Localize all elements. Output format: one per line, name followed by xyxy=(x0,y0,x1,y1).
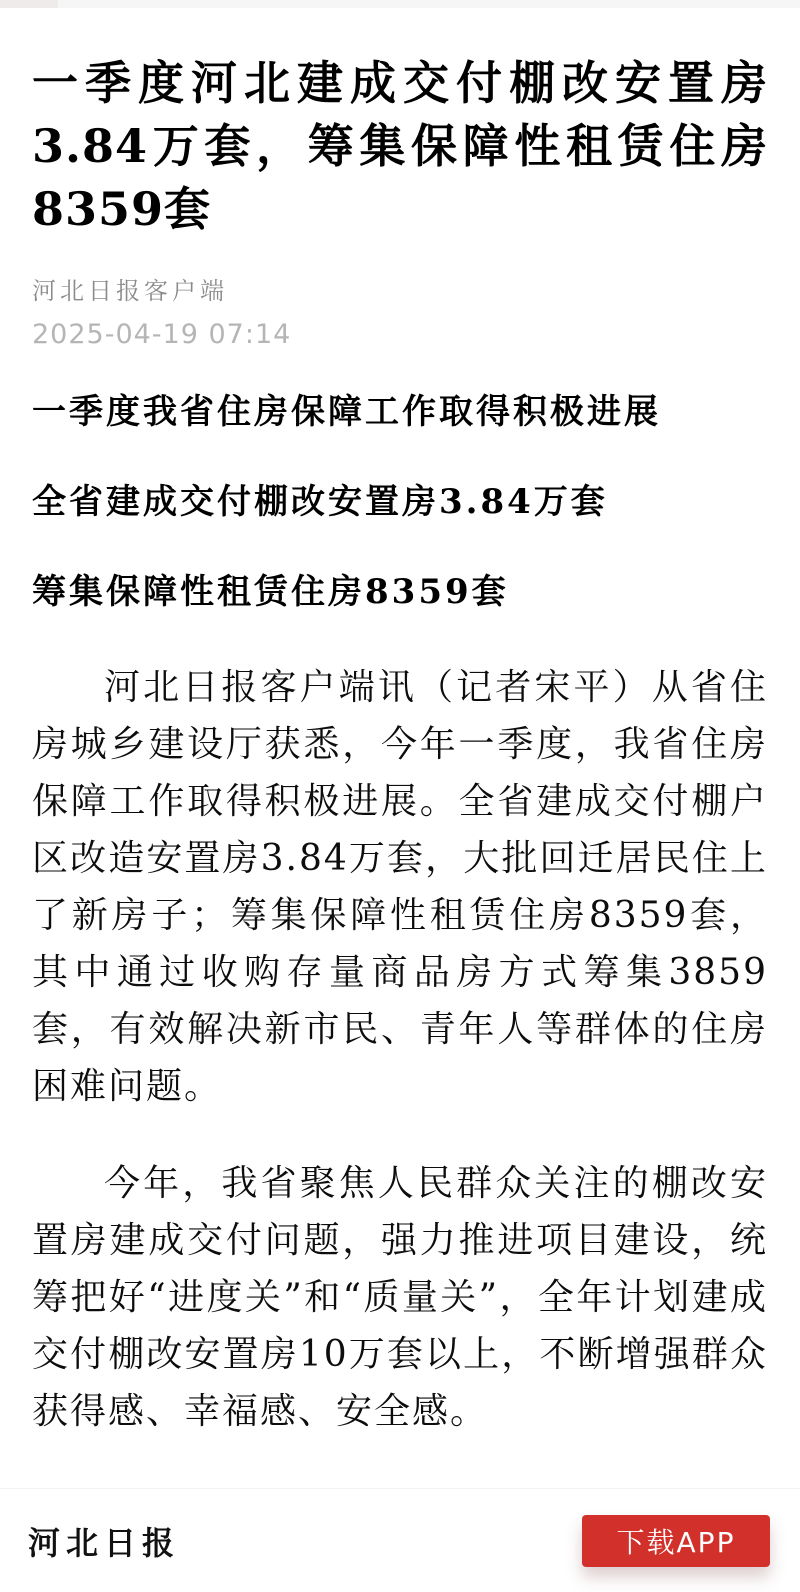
article-subhead-3: 筹集保障性租赁住房8359套 xyxy=(32,569,768,615)
footer-brand: 河北日报 xyxy=(28,1518,180,1564)
article-paragraph-2: 今年，我省聚焦人民群众关注的棚改安置房建成交付问题，强力推进项目建设，统筹把好“… xyxy=(32,1155,768,1440)
article-paragraph-1: 河北日报客户端讯（记者宋平）从省住房城乡建设厅获悉，今年一季度，我省住房保障工作… xyxy=(32,659,768,1115)
article-title: 一季度河北建成交付棚改安置房3.84万套，筹集保障性租赁住房8359套 xyxy=(32,52,768,241)
status-bar-remnant xyxy=(0,0,800,8)
download-app-button[interactable]: 下载APP xyxy=(582,1515,770,1567)
article-date: 2025-04-19 07:14 xyxy=(32,319,768,351)
article-subhead-2: 全省建成交付棚改安置房3.84万套 xyxy=(32,479,768,525)
article-body: 一季度河北建成交付棚改安置房3.84万套，筹集保障性租赁住房8359套 河北日报… xyxy=(0,0,800,1592)
article-paragraphs: 河北日报客户端讯（记者宋平）从省住房城乡建设厅获悉，今年一季度，我省住房保障工作… xyxy=(32,659,768,1592)
app-download-banner: 河北日报 下载APP xyxy=(0,1488,800,1592)
article-subhead-1: 一季度我省住房保障工作取得积极进展 xyxy=(32,389,768,435)
article-source: 河北日报客户端 xyxy=(32,277,768,305)
status-bar-remnant-left xyxy=(0,0,58,8)
